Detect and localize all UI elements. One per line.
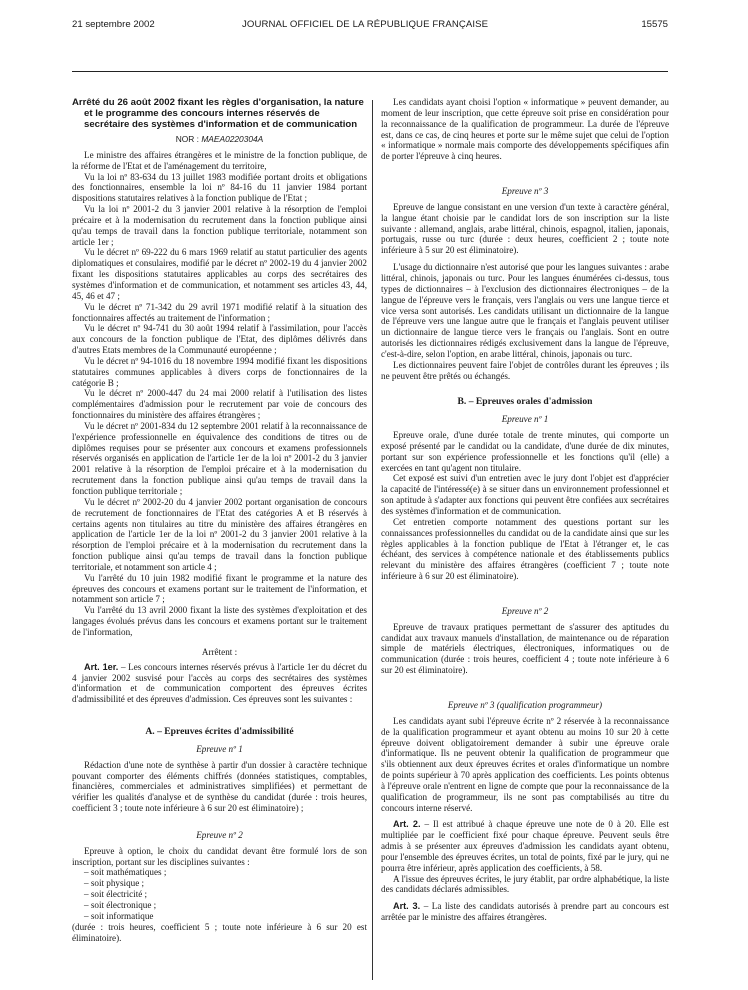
journal-title: JOURNAL OFFICIEL DE LA RÉPUBLIQUE FRANÇA… [242,19,488,30]
nor-label: NOR : [176,134,199,144]
section-b-heading: B. – Epreuves orales d'admission [381,397,669,408]
article-3-text: – La liste des candidats autorisés à pre… [381,901,669,922]
epreuve-3-text: Epreuve de langue consistant en une vers… [381,202,669,256]
preamble-paragraph: Vu le décret nº 71-342 du 29 avril 1971 … [72,302,367,324]
header-rule [72,71,668,72]
article-2-text: – Il est attribué à chaque épreuve une n… [381,819,669,872]
right-column: Les candidats ayant choisi l'option « in… [381,97,669,923]
article-1: Art. 1er. – Les concours internes réserv… [72,662,367,705]
decree-title: Arrêté du 26 août 2002 fixant les règles… [72,97,367,130]
issue-date: 21 septembre 2002 [72,19,155,30]
preamble-paragraph: Vu la loi nº 83-634 du 13 juillet 1983 m… [72,172,367,205]
preamble-paragraph: Vu l'arrêté du 13 avril 2000 fixant la l… [72,605,367,638]
option-item: – soit électricité ; [84,889,367,900]
article-3: Art. 3. – La liste des candidats autoris… [381,901,669,923]
article-2-paragraph: A l'issue des épreuves écrites, le jury … [381,874,669,896]
oral-1-paragraph: Cet entretien comporte notamment des que… [381,517,669,582]
option-item: – soit mathématiques ; [84,867,367,878]
preamble-paragraph: Vu le décret nº 2000-447 du 24 mai 2000 … [72,388,367,421]
nor-reference: NOR : MAEA0220304A [72,134,367,145]
oral-2-text: Epreuve de travaux pratiques permettant … [381,622,669,676]
oral-3-text: Les candidats ayant subi l'épreuve écrit… [381,716,669,814]
article-2-label: Art. 2. [393,819,421,829]
page-number: 15575 [641,19,668,30]
epreuve-2-outro: (durée : trois heures, coefficient 5 ; t… [72,922,367,944]
informatique-option-text: Les candidats ayant choisi l'option « in… [381,97,669,162]
column-divider [372,100,373,980]
dictionnaire-text: L'usage du dictionnaire n'est autorisé q… [381,262,669,360]
article-1-label: Art. 1er. [84,662,118,672]
arretent-heading: Arrêtent : [72,647,367,658]
oral-1-paragraph: Cet exposé est suivi d'un entretien avec… [381,473,669,516]
option-item: – soit physique ; [84,878,367,889]
epreuve-2-heading: Epreuve nº 2 [72,830,367,841]
oral-1-heading: Epreuve nº 1 [381,414,669,425]
epreuve-3-heading: Epreuve nº 3 [381,186,669,197]
preamble-paragraph: Vu l'arrêté du 10 juin 1982 modifié fixa… [72,573,367,606]
epreuve-2-options: – soit mathématiques ; – soit physique ;… [72,867,367,921]
epreuve-1-heading: Epreuve nº 1 [72,744,367,755]
oral-1-paragraph: Epreuve orale, d'une durée totale de tre… [381,430,669,473]
preamble-paragraph: Le ministre des affaires étrangères et l… [72,150,367,172]
oral-2-heading: Epreuve nº 2 [381,606,669,617]
preamble-paragraph: Vu le décret nº 2001-834 du 12 septembre… [72,421,367,497]
nor-code: MAEA0220304A [201,134,263,144]
preamble-paragraph: Vu le décret nº 69-222 du 6 mars 1969 re… [72,247,367,301]
article-2: Art. 2. – Il est attribué à chaque épreu… [381,819,669,873]
epreuve-2-intro: Epreuve à option, le choix du candidat d… [72,846,367,868]
page-header: 21 septembre 2002 JOURNAL OFFICIEL DE LA… [72,19,668,33]
preamble-paragraph: Vu le décret nº 94-741 du 30 août 1994 r… [72,323,367,356]
option-item: – soit informatique [84,911,367,922]
preamble-paragraph: Vu le décret nº 94-1016 du 18 novembre 1… [72,356,367,389]
left-column: Arrêté du 26 août 2002 fixant les règles… [72,97,367,943]
section-a-heading: A. – Epreuves écrites d'admissibilité [72,727,367,738]
oral-3-heading: Epreuve nº 3 (qualification programmeur) [381,700,669,711]
article-3-label: Art. 3. [393,901,420,911]
option-item: – soit électronique ; [84,900,367,911]
epreuve-1-text: Rédaction d'une note de synthèse à parti… [72,760,367,814]
preamble-paragraph: Vu la loi nº 2001-2 du 3 janvier 2001 re… [72,204,367,247]
preamble-paragraph: Vu le décret nº 2002-20 du 4 janvier 200… [72,497,367,573]
controles-text: Les dictionnaires peuvent faire l'objet … [381,360,669,382]
